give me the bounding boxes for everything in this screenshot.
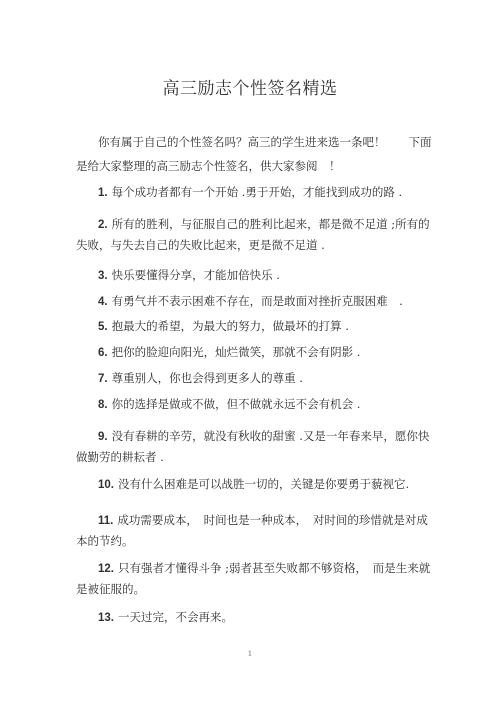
- list-item: 6.把你的脸迎向阳光，灿烂微笑，那就不会有阴影 .: [76, 342, 436, 363]
- document-title: 高三励志个性签名精选: [0, 74, 500, 99]
- list-item: 10.没有什么困难是可以战胜一切的，关键是你要勇于藐视它.: [76, 474, 436, 495]
- list-item: 12.只有强者才懂得斗争 ;弱者甚至失败都不够资格， 而是生来就是被征服的。: [76, 558, 436, 599]
- list-item: 7.尊重别人，你也会得到更多人的尊重 .: [76, 368, 436, 389]
- list-item: 4.有勇气并不表示困难不存在，而是敢面对挫折克服困难 .: [76, 291, 436, 312]
- list-item: 1.每个成功者都有一个开始 .勇于开始，才能找到成功的路 .: [76, 182, 436, 203]
- list-item: 3.快乐要懂得分享，才能加倍快乐 .: [76, 265, 436, 286]
- page-number: 1: [0, 650, 500, 658]
- intro-paragraph: 你有属于自己的个性签名吗？高三的学生进来选一条吧！ 下面是给大家整理的高三励志个…: [76, 130, 436, 178]
- list-item: 13.一天过完，不会再来。: [76, 607, 436, 628]
- list-item: 8.你的选择是做或不做，但不做就永远不会有机会 .: [76, 394, 436, 415]
- list-item: 5.抱最大的希望，为最大的努力，做最坏的打算 .: [76, 316, 436, 337]
- list-item: 11.成功需要成本， 时间也是一种成本， 对时间的珍惜就是对成本的节约。: [76, 510, 436, 551]
- document-page: 高三励志个性签名精选 你有属于自己的个性签名吗？高三的学生进来选一条吧！ 下面是…: [0, 0, 500, 708]
- list-item: 9.没有春耕的辛劳，就没有秋收的甜蜜 .又是一年春来早，愿你快做勤劳的耕耘者 .: [76, 426, 436, 467]
- list-item: 2.所有的胜利，与征服自己的胜利比起来，都是微不足道 ;所有的失败，与失去自己的…: [76, 214, 436, 255]
- intro-text: 你有属于自己的个性签名吗？高三的学生进来选一条吧！ 下面是给大家整理的高三励志个…: [76, 135, 432, 173]
